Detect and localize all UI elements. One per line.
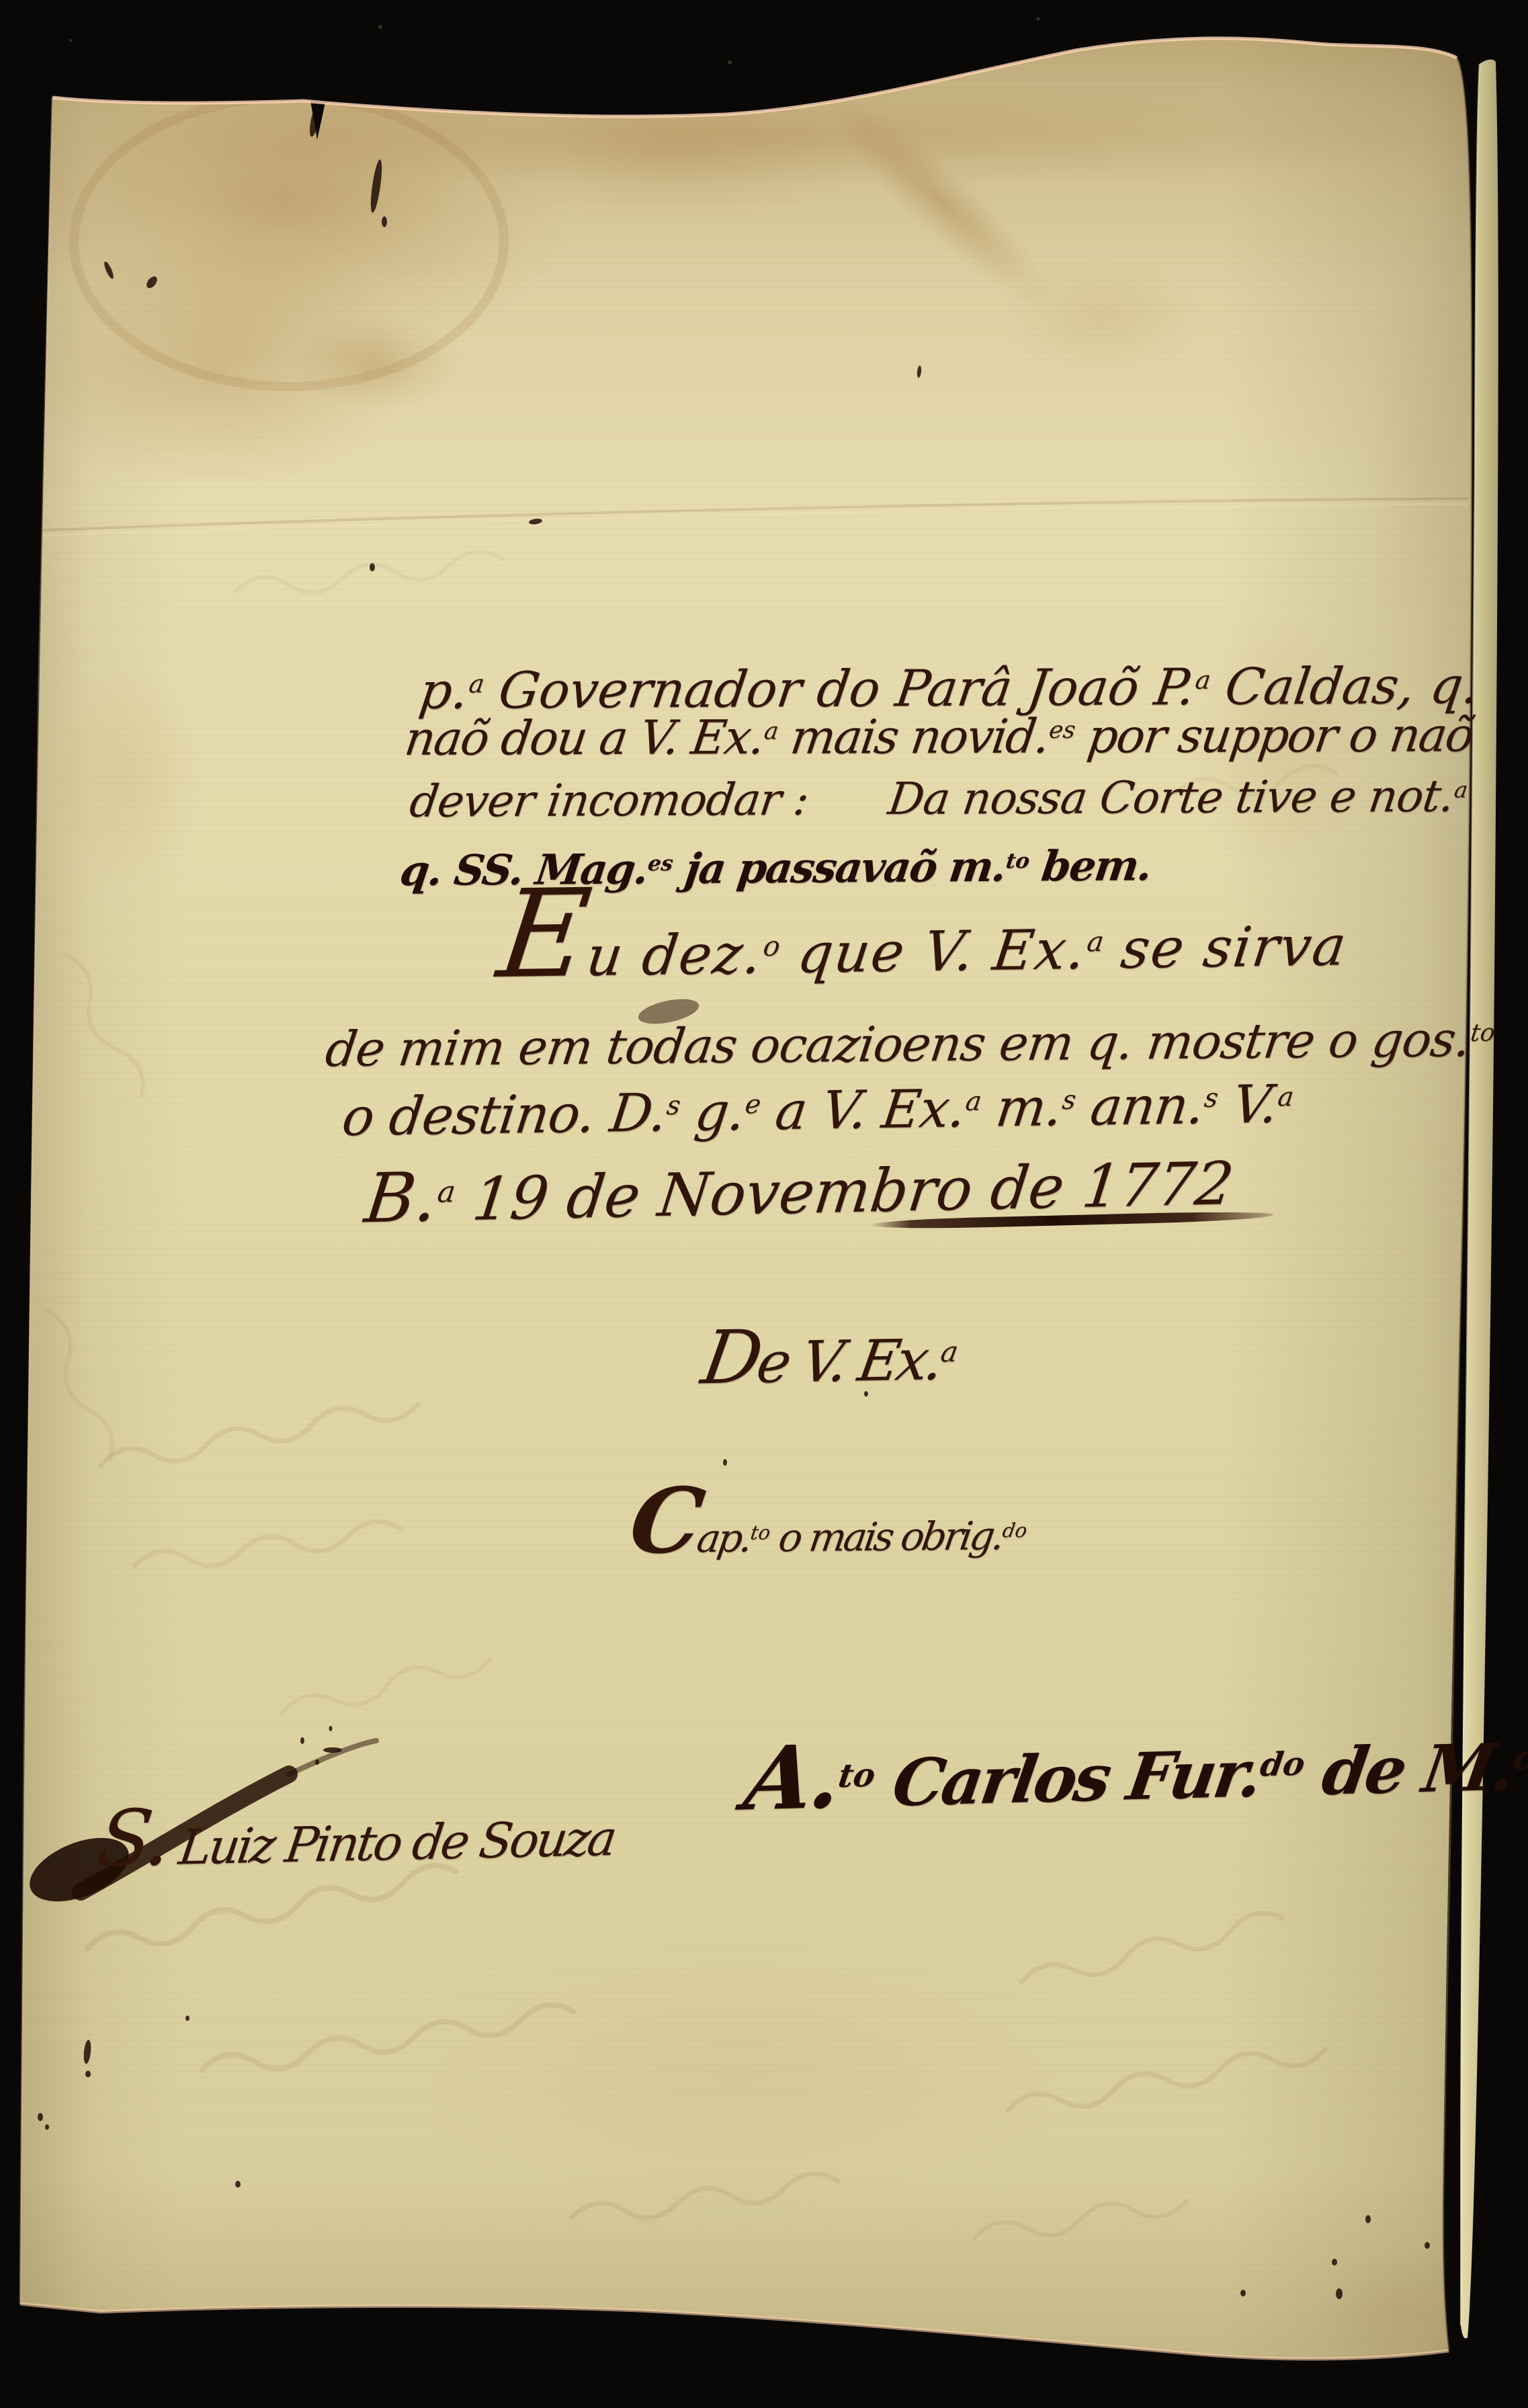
archival-photo-background: p.a Governador do Parâ Joaõ P.a Caldas, … [0,0,1528,2408]
line-novidades: naõ dou a V. Ex.a mais novid.es por supp… [402,711,1476,762]
line-eu-dezejo: Eu dez.o que V. Ex.a se sirva [494,919,1351,986]
valediction-capitao-obrigado: Cap.to o mais obrig.do [626,1516,1029,1559]
author-signature: A.to Carlos Fur.do de M.ca [740,1714,1528,1823]
line-ocazioens: de mim em todas ocazioens em q. mostre o… [323,1015,1498,1073]
line-deos-guarde: o destino. D.s g.e a V. Ex.a m.s ann.s V… [339,1078,1296,1144]
line-corte: dever incomodar : Da nossa Corte tive e … [407,774,1470,824]
valediction-de-v-exa: De V. Ex.a [697,1317,964,1395]
addressee-signature-luiz-pinto-de-souza: S. Luiz Pinto de Souza [94,1814,618,1873]
handwritten-text-layer: p.a Governador do Parâ Joaõ P.a Caldas, … [0,0,1528,2408]
